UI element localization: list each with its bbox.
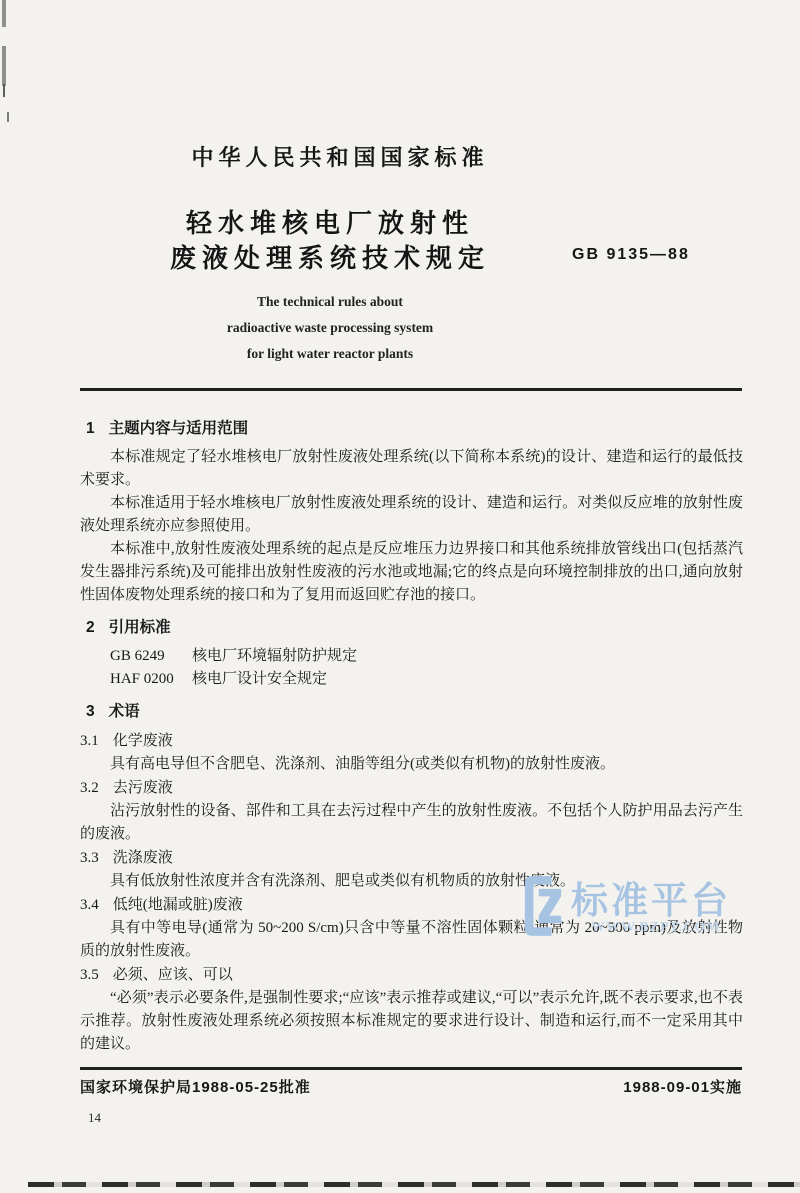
term-number: 3.4: [80, 897, 99, 913]
scope-paragraph-2: 本标准适用于轻水堆核电厂放射性废液处理系统的设计、建造和运行。对类似反应堆的放射…: [80, 492, 743, 538]
standard-title-line2: 废液处理系统技术规定: [90, 241, 570, 276]
term-definition: 具有低放射性浓度并含有洗涤剂、肥皂或类似有机物质的放射性废液。: [80, 870, 743, 893]
term-name: 洗涤废液: [113, 850, 173, 866]
term-number: 3.5: [80, 967, 99, 983]
section-number: 3: [86, 703, 95, 720]
section-terms-heading: 3术语: [80, 700, 743, 724]
term-definition: “必须”表示必要条件,是强制性要求;“应该”表示推荐或建议,“可以”表示允许,既…: [80, 987, 743, 1056]
reference-code: HAF 0200: [110, 668, 178, 691]
term-heading: 3.2去污废液: [80, 776, 743, 800]
reference-code: GB 6249: [110, 645, 178, 668]
term-definition: 具有高电导但不含肥皂、洗涤剂、油脂等组分(或类似有机物)的放射性废液。: [80, 753, 743, 776]
standard-number: GB 9135—88: [572, 246, 690, 264]
reference-item: HAF 0200核电厂设计安全规定: [80, 668, 743, 691]
approval-date: 国家环境保护局1988-05-25批准: [80, 1076, 311, 1097]
section-title: 引用标准: [109, 619, 171, 636]
term-number: 3.2: [80, 780, 99, 796]
term-number: 3.3: [80, 850, 99, 866]
header-divider: [80, 388, 742, 391]
section-scope-heading: 1主题内容与适用范围: [80, 417, 743, 441]
scope-paragraph-1: 本标准规定了轻水堆核电厂放射性废液处理系统(以下简称本系统)的设计、建造和运行的…: [80, 446, 743, 492]
standard-title: 轻水堆核电厂放射性 废液处理系统技术规定: [90, 206, 570, 276]
term-name: 去污废液: [113, 780, 173, 796]
english-title: The technical rules about radioactive wa…: [130, 289, 530, 367]
english-title-line2: radioactive waste processing system: [130, 315, 530, 341]
reference-title: 核电厂设计安全规定: [192, 671, 327, 687]
term-name: 必须、应该、可以: [113, 967, 233, 983]
term-number: 3.1: [80, 733, 99, 749]
section-title: 主题内容与适用范围: [109, 420, 249, 437]
section-title: 术语: [109, 703, 140, 720]
page-number: 14: [88, 1110, 101, 1126]
term-definition: 沾污放射性的设备、部件和工具在去污过程中产生的放射性废液。不包括个人防护用品去污…: [80, 800, 743, 846]
footer-divider: [80, 1067, 742, 1070]
term-name: 低纯(地漏或脏)废液: [113, 897, 243, 913]
scan-artifact: [2, 46, 6, 86]
section-references-heading: 2引用标准: [80, 616, 743, 640]
reference-item: GB 6249核电厂环境辐射防护规定: [80, 645, 743, 668]
english-title-line3: for light water reactor plants: [130, 341, 530, 367]
scan-artifact: [3, 84, 5, 97]
scan-artifact: [2, 0, 6, 27]
standard-title-line1: 轻水堆核电厂放射性: [90, 206, 570, 241]
section-number: 2: [86, 619, 95, 636]
national-standard-label: 中华人民共和国国家标准: [110, 141, 570, 172]
term-heading: 3.3洗涤废液: [80, 846, 743, 870]
scan-edge: [28, 1182, 800, 1187]
document-body: 1主题内容与适用范围 本标准规定了轻水堆核电厂放射性废液处理系统(以下简称本系统…: [80, 417, 743, 1056]
implementation-date: 1988-09-01实施: [623, 1076, 742, 1097]
document-page: 中华人民共和国国家标准 轻水堆核电厂放射性 废液处理系统技术规定 GB 9135…: [0, 0, 800, 1193]
scope-paragraph-3: 本标准中,放射性废液处理系统的起点是反应堆压力边界接口和其他系统排放管线出口(包…: [80, 538, 743, 607]
term-heading: 3.4低纯(地漏或脏)废液: [80, 893, 743, 917]
scan-artifact: [7, 112, 9, 122]
term-definition: 具有中等电导(通常为 50~200 S/cm)只含中等量不溶性固体颗粒(通常为 …: [80, 917, 743, 963]
term-heading: 3.5必须、应该、可以: [80, 963, 743, 987]
term-heading: 3.1化学废液: [80, 729, 743, 753]
section-number: 1: [86, 420, 95, 437]
reference-title: 核电厂环境辐射防护规定: [192, 648, 357, 664]
term-name: 化学废液: [113, 733, 173, 749]
english-title-line1: The technical rules about: [130, 289, 530, 315]
